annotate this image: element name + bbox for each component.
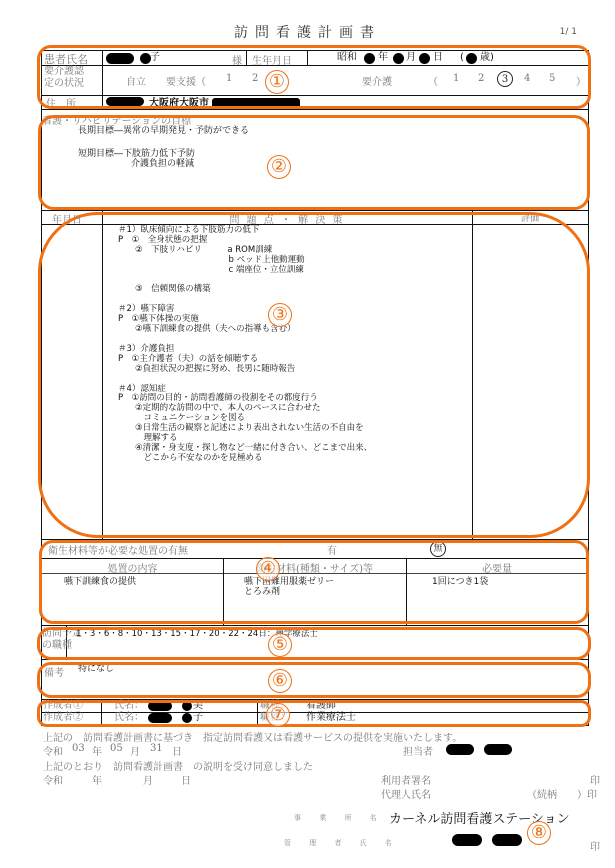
user-seal: 印 bbox=[590, 772, 600, 787]
manager-label: 管 理 者 氏 名 bbox=[284, 838, 400, 848]
annotation-number-5: ⑤ bbox=[268, 633, 292, 657]
agent-relationship: （続柄 ）印 bbox=[527, 786, 597, 801]
redacted-manager-surname bbox=[452, 834, 482, 846]
annotation-box-6 bbox=[37, 662, 591, 698]
date-1-era: 令和 bbox=[43, 743, 63, 758]
statement-consent: 上記のとおり 訪問看護計画書 の説明を受け同意しました bbox=[43, 758, 313, 773]
date-1-day-unit: 日 bbox=[172, 743, 182, 758]
redacted-staff-surname bbox=[446, 744, 474, 755]
user-signature-label: 利用者署名 bbox=[381, 772, 431, 787]
redacted-staff-given bbox=[484, 744, 512, 755]
page-number: 1/ 1 bbox=[560, 27, 577, 37]
staff-label: 担当者 bbox=[403, 743, 433, 758]
date-1-year: 03 bbox=[72, 743, 85, 754]
annotation-box-3 bbox=[38, 212, 590, 538]
document-title: 訪問看護計画書 bbox=[0, 22, 615, 42]
annotation-box-1 bbox=[37, 45, 591, 109]
date-2-year-unit: 年 bbox=[92, 772, 102, 787]
annotation-number-8: ⑧ bbox=[527, 821, 551, 845]
annotation-box-2 bbox=[38, 115, 590, 210]
annotation-number-1: ① bbox=[265, 70, 289, 94]
date-2-day-unit: 日 bbox=[181, 772, 191, 787]
annotation-box-5 bbox=[37, 627, 591, 660]
annotation-box-4 bbox=[39, 540, 589, 624]
annotation-box-7 bbox=[37, 700, 591, 727]
date-1-year-unit: 年 bbox=[92, 743, 102, 758]
agent-name-label: 代理人氏名 bbox=[381, 786, 431, 801]
date-1-day: 31 bbox=[150, 743, 163, 754]
manager-seal: 印 bbox=[590, 838, 600, 853]
date-2-era: 令和 bbox=[43, 772, 63, 787]
date-1-month-unit: 月 bbox=[130, 743, 140, 758]
date-1-month: 05 bbox=[110, 743, 123, 754]
redacted-manager-given bbox=[492, 834, 522, 846]
annotation-number-7: ⑦ bbox=[266, 703, 290, 727]
annotation-number-6: ⑥ bbox=[268, 669, 292, 693]
statement-implementation: 上記の 訪問看護計画書に基づき 指定訪問看護又は看護サービスの提供を実施いたしま… bbox=[43, 729, 462, 744]
date-2-month-unit: 月 bbox=[143, 772, 153, 787]
annotation-number-3: ③ bbox=[268, 303, 292, 327]
annotation-number-4: ④ bbox=[256, 557, 280, 581]
annotation-number-2: ② bbox=[267, 155, 291, 179]
office-label: 事 業 所 名 bbox=[294, 813, 385, 823]
